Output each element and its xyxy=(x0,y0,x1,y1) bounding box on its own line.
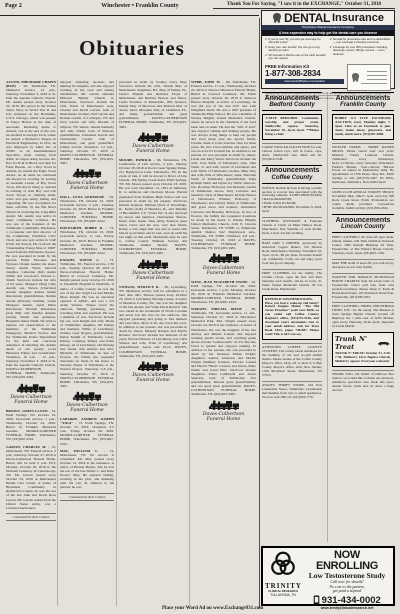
obituary-labarre: LABARRE, ANDREW JOSEPH "YOGI" - 73, Esti… xyxy=(60,417,114,445)
dental-insurance-ad: DENTAL Insurance Physicians Mutual Insur… xyxy=(261,10,395,89)
obituary-column-1: AUSTIN, THEODORE CHAPIN (BUD) - 92, Tull… xyxy=(6,80,56,608)
tooth-icon xyxy=(272,12,282,24)
daves-culbertson-funeral-home-logo: Daves-CulbertsonFuneral Home xyxy=(191,400,256,422)
train-engine-icon xyxy=(208,253,240,264)
dental-ad-phone: 1-877-308-2834 xyxy=(265,69,344,78)
dental-ad-website: www.dental50plus.com/cadnet xyxy=(265,79,344,84)
dental-ad-title: DENTAL xyxy=(284,11,330,25)
daves-culbertson-funeral-home-logo: Daves-CulbertsonFuneral Home xyxy=(119,132,187,154)
dental-bullet: ✔No wait for preventive care and no dedu… xyxy=(330,38,392,45)
announcements-column-rule xyxy=(327,92,328,542)
announcement-republicans-democrats: REPUBLICANS/DEMOCRATS-Have you had a wak… xyxy=(262,295,322,341)
daves-culbertson-funeral-home-logo: Daves-CulbertsonFuneral Home xyxy=(119,361,187,383)
announcement-unite-bedford: -UNITE BEDFORD- Community worship and pr… xyxy=(262,114,322,140)
check-icon: ✔ xyxy=(330,46,332,56)
check-icon: ✔ xyxy=(265,38,267,45)
section-rule xyxy=(259,18,260,608)
announcements-header-coffee: Announcements Coffee County xyxy=(262,165,322,184)
masthead: Winchester • Franklin County xyxy=(60,3,220,9)
announcement-ham-dinner: HAM AND 3 DINNER, sponsored by American … xyxy=(262,239,322,266)
train-engine-icon xyxy=(16,383,46,394)
column-rule xyxy=(57,80,58,606)
obituary-hall: HALL, LENA GERTRUDE - 95, Winchester, TN… xyxy=(60,195,114,223)
announcement-nascar-collection: LARGE NASCAR COLLECTION for sale, variou… xyxy=(262,143,322,162)
trinity-headline: NOW ENROLLING xyxy=(303,550,391,572)
announcement-notice-auction: NOTICE, Rollins & Sons is having a publi… xyxy=(262,187,322,215)
announcement-weaver-farms: WEAVER FARMS - HOME RAISED MEATS. Home r… xyxy=(332,143,394,186)
obituary-column-3: preceded in death by brother, Larry May.… xyxy=(119,80,187,608)
announcement-thank-you-dellrose: THANK YOU, On behalf of Dellrose Fire St… xyxy=(332,370,394,393)
check-icon: ✔ xyxy=(330,38,332,45)
daves-culbertson-funeral-home-logo: Daves-CulbertsonFuneral Home xyxy=(60,391,114,413)
obituary-brown: BROWN, JAMES LLOYD - 34, Estill Springs,… xyxy=(6,409,56,441)
word-ad-footer: Place your Word Ad on www.Exchange931.co… xyxy=(162,606,263,611)
announcement-attention-coffee-citizens: ATTENTION COFFEE COUNTY CITIZENS, The co… xyxy=(262,343,322,378)
check-icon: ✔ xyxy=(265,46,267,53)
announcement-clothing-giveaway: CLOTHING GIVEAWAY at Fredonia Church of … xyxy=(262,217,322,236)
announcement-free-clothing-all-sizes: FREE CLOTHING! All sizes-all ages: male,… xyxy=(332,236,394,256)
info-kit-postcard-image xyxy=(347,64,391,91)
announcement-gum-springs-mission: FREE CLOTHING, SHOES, HOUSEHOLD ITEMS, E… xyxy=(332,302,394,329)
column-rule xyxy=(116,80,117,606)
dental-bullet: ✔Coverage for over 350 procedures includ… xyxy=(330,46,392,56)
trinity-clinical-research-ad: TRINITY CLINICAL RESEARCH TULLAHOMA, TN … xyxy=(261,546,395,606)
train-engine-icon xyxy=(72,168,102,179)
announcements-header-bedford: Announcements Bedford County xyxy=(262,92,322,111)
exchange-tagline: Thank You For Saying, "I saw it in the E… xyxy=(213,2,395,9)
obituary-hayworth: HAYWORTH, BOBBY R. - 73, Winchester, TN.… xyxy=(60,226,114,254)
daves-culbertson-funeral-home-logo: Daves-CulbertsonFuneral Home xyxy=(6,383,56,405)
obituary-stinson: STINSON, MYRTICE R. - 82, Lynchburg, TN.… xyxy=(119,285,187,358)
announcement-bobby-gs-auction: BOBBY G'S LIVE FACEBOOK AUCTION, every M… xyxy=(332,114,394,140)
obituary-garvin: GARVIN, CHARLES M. - 72, Manchester, TN.… xyxy=(6,445,56,510)
trunk-ad-title: Trunk N' Treat xyxy=(335,335,375,351)
trinity-website: www.trinityclinicalresearch.net xyxy=(303,606,391,610)
announcements-column-right: Announcements Franklin County BOBBY G'S … xyxy=(332,92,394,393)
obituary-may: MAY, WILLIAM L. - 74, Manchester, TN. No… xyxy=(60,449,114,489)
check-icon: ✔ xyxy=(265,54,267,61)
announcement-lions-turkey-shoot: LIONS CLUB ANNUAL TURKEY SHOOT, November… xyxy=(332,188,394,211)
train-engine-icon xyxy=(137,361,169,372)
daves-culbertson-funeral-home-logo: Daves-CulbertsonFuneral Home xyxy=(191,253,256,275)
daves-culbertson-funeral-home-logo: Daves-CulbertsonFuneral Home xyxy=(60,168,114,190)
header-rule xyxy=(0,15,259,16)
train-engine-icon xyxy=(137,132,169,143)
dental-bullet: ✔Keep your own dentist! You can go to an… xyxy=(265,46,327,53)
car-icon xyxy=(377,339,391,347)
continued-label: Continued On Next Column xyxy=(60,493,114,501)
announcement-free-clothing-family: FREE CLOTHING for the family. The Clothe… xyxy=(262,269,322,292)
announcements-header-lincoln: Announcements Lincoln County xyxy=(332,214,394,233)
obituary-garvin-continued: enjoyed attending auctions and hunting f… xyxy=(60,80,114,165)
announcements-column-left: Announcements Bedford County -UNITE BEDF… xyxy=(262,92,322,400)
obituary-austin: AUSTIN, THEODORE CHAPIN (BUD) - 92, Tull… xyxy=(6,80,56,379)
train-engine-icon xyxy=(72,391,102,402)
dental-ad-tagline: A less expensive way to help get the den… xyxy=(262,30,394,36)
obituary-column-4: WEBB, JOHN W. - 69, Tullahoma, TN. Funer… xyxy=(191,80,256,608)
announcement-may-the-god: MAY THE GOD of hope fill you with all jo… xyxy=(332,259,394,270)
tooth-icon xyxy=(351,72,360,83)
obituary-webb: WEBB, JOHN W. - 69, Tullahoma, TN. Funer… xyxy=(191,80,256,250)
obituary-may-continued: preceded in death by brother, Larry May.… xyxy=(119,80,187,129)
train-engine-icon xyxy=(208,400,240,411)
announcements-header-franklin: Announcements Franklin County xyxy=(332,92,394,111)
trunk-n-treat-ad: Trunk N' Treat TRUNK N' TREAT! October 3… xyxy=(332,332,394,367)
phone-icon xyxy=(313,595,320,605)
column-rule xyxy=(189,80,190,606)
trunk-ad-text: TRUNK N' TREAT! October 31, 5:30-7:30, M… xyxy=(335,352,391,364)
dental-bullet: ✔If you're over 50, you can get coverage… xyxy=(265,38,327,45)
obituary-wright: WRIGHT, THELMA IRENE - 89, Tullahoma, TN… xyxy=(191,307,256,396)
train-engine-icon xyxy=(137,259,169,270)
obituary-column-2: enjoyed attending auctions and hunting f… xyxy=(60,80,114,608)
section-title-obituaries: Obituaries xyxy=(6,36,258,61)
page-number: Page 2 xyxy=(5,3,22,9)
obituary-moore: MOORE, PATRICK - 66, Tullahoma, TN. Cele… xyxy=(119,158,187,255)
daves-culbertson-funeral-home-logo: Daves-CulbertsonFuneral Home xyxy=(119,259,187,281)
announcement-angies-thrift: ANGIE'S THRIFT STORE, 104 East Lauderdal… xyxy=(262,381,322,400)
continued-label: Continued On Next Column xyxy=(6,513,56,521)
trinity-phone: 931-434-0002 xyxy=(322,595,381,606)
announcement-ronald-mcdonald-charity: WANTED FOR RONALD MCDONALD HOUSE CHARITY… xyxy=(332,273,394,300)
dental-bullet: ✔NO annual or lifetime cap on the cash b… xyxy=(265,54,327,61)
obituary-west: WEST, JEAN ELIZABETH STONE - 92, Estill … xyxy=(191,280,256,304)
obituary-knight: KNIGHT, WAYNE L. - 73, Tullahoma, TN. Fu… xyxy=(60,258,114,388)
trinity-knot-icon xyxy=(269,550,297,578)
newspaper-page: Page 2 Winchester • Franklin County Than… xyxy=(0,0,400,614)
